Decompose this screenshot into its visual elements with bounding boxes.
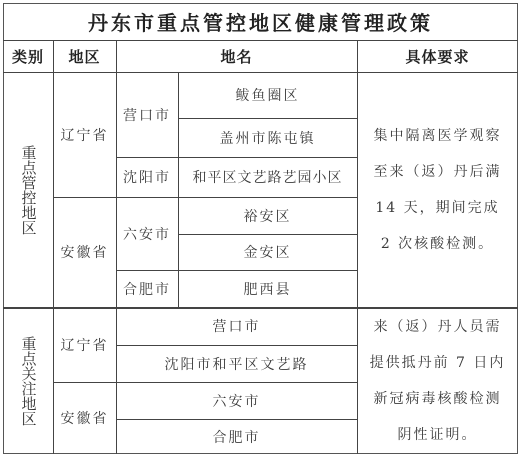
header-category: 类别 [3,40,53,72]
category-label: 重点关注地区 [21,336,36,426]
city-cell: 营口市 [116,72,178,157]
province-cell: 辽宁省 [53,307,116,382]
place-cell: 肥西县 [178,270,357,307]
province-cell: 安徽省 [53,382,116,454]
category-cell: 重点关注地区 [3,307,53,454]
place-cell: 金安区 [178,234,357,270]
place-cell: 沈阳市和平区文艺路 [116,345,357,382]
province-cell: 安徽省 [53,197,116,307]
place-cell: 鲅鱼圈区 [178,72,357,118]
place-cell: 六安市 [116,382,357,419]
city-cell: 六安市 [116,197,178,270]
header-place: 地名 [116,40,357,72]
place-cell: 和平区文艺路艺园小区 [178,157,357,197]
place-cell: 合肥市 [116,419,357,454]
province-cell: 辽宁省 [53,72,116,197]
category-cell: 重点管控地区 [3,72,53,307]
city-cell: 合肥市 [116,270,178,307]
requirement-cell: 集中隔离医学观察至来（返）丹后满 14 天，期间完成 2 次核酸检测。 [357,72,518,307]
header-requirement: 具体要求 [357,40,518,72]
requirement-cell: 来（返）丹人员需提供抵丹前 7 日内新冠病毒核酸检测阴性证明。 [357,307,518,454]
category-label: 重点管控地区 [21,145,36,235]
city-cell: 沈阳市 [116,157,178,197]
place-cell: 盖州市陈屯镇 [178,118,357,157]
place-cell: 营口市 [116,307,357,345]
table-title: 丹东市重点管控地区健康管理政策 [3,3,518,40]
header-region: 地区 [53,40,116,72]
place-cell: 裕安区 [178,197,357,234]
